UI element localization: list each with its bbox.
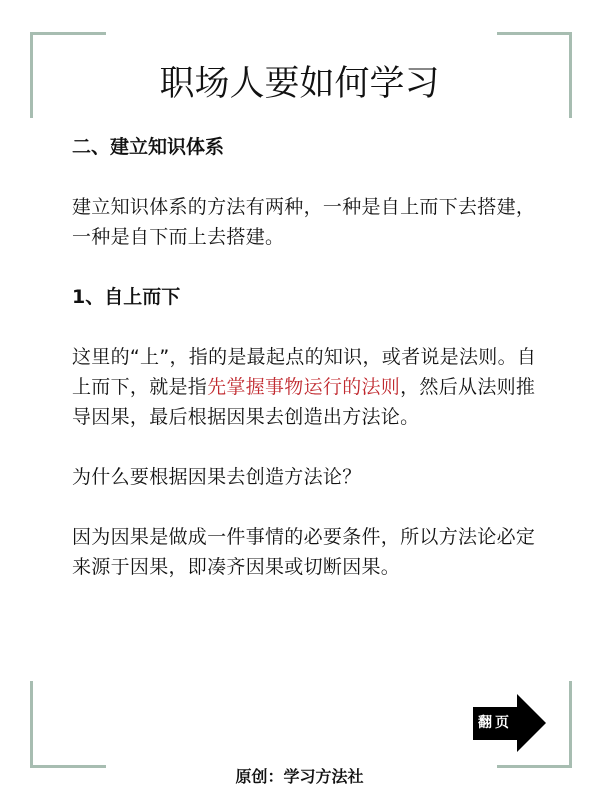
highlighted-text: 先掌握事物运行的法则	[207, 376, 400, 398]
question-paragraph: 为什么要根据因果去创造方法论？	[72, 462, 542, 492]
answer-paragraph: 因为因果是做成一件事情的必要条件，所以方法论必定来源于因果，即凑齐因果或切断因果…	[72, 522, 542, 582]
top-down-paragraph: 这里的“上”，指的是最起点的知识，或者说是法则。自上而下，就是指先掌握事物运行的…	[72, 342, 542, 432]
intro-paragraph: 建立知识体系的方法有两种，一种是自上而下去搭建，一种是自下而上去搭建。	[72, 192, 542, 252]
section-heading: 二、建立知识体系	[72, 132, 542, 162]
footer-credit: 原创：学习方法社	[0, 764, 599, 787]
page-title: 职场人要如何学习	[0, 56, 599, 106]
sub-heading: 1、自上而下	[72, 282, 542, 312]
article-body: 二、建立知识体系 建立知识体系的方法有两种，一种是自上而下去搭建，一种是自下而上…	[72, 132, 542, 582]
next-page-label[interactable]: 翻页	[473, 707, 517, 740]
corner-bracket-bottom-left	[30, 681, 106, 768]
